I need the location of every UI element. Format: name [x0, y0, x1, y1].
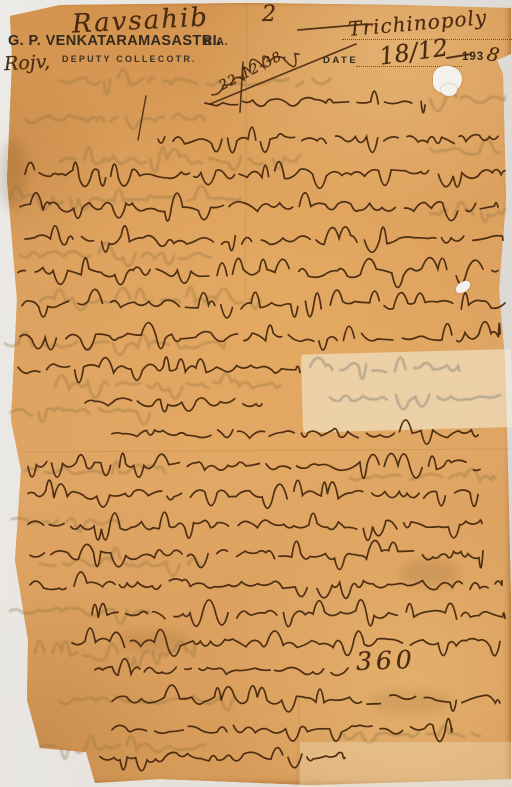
letterhead-year-printed: 193: [462, 51, 484, 63]
handwritten-amount-360: 360: [356, 645, 417, 676]
handwritten-page-number: 2: [262, 2, 276, 27]
scanned-letter-page: G. P. VENKATARAMASASTRI. B.A. DEPUTY COL…: [0, 0, 512, 787]
letterhead-date-label: DATE: [323, 55, 358, 66]
letterhead-title: DEPUTY COLLECOTR.: [62, 54, 197, 64]
paper-sheet: [0, 0, 512, 787]
paper-hole: [441, 84, 457, 96]
handwritten-left-scribble: Rojv,: [3, 51, 50, 75]
letterhead-degree: B.A.: [204, 36, 228, 48]
